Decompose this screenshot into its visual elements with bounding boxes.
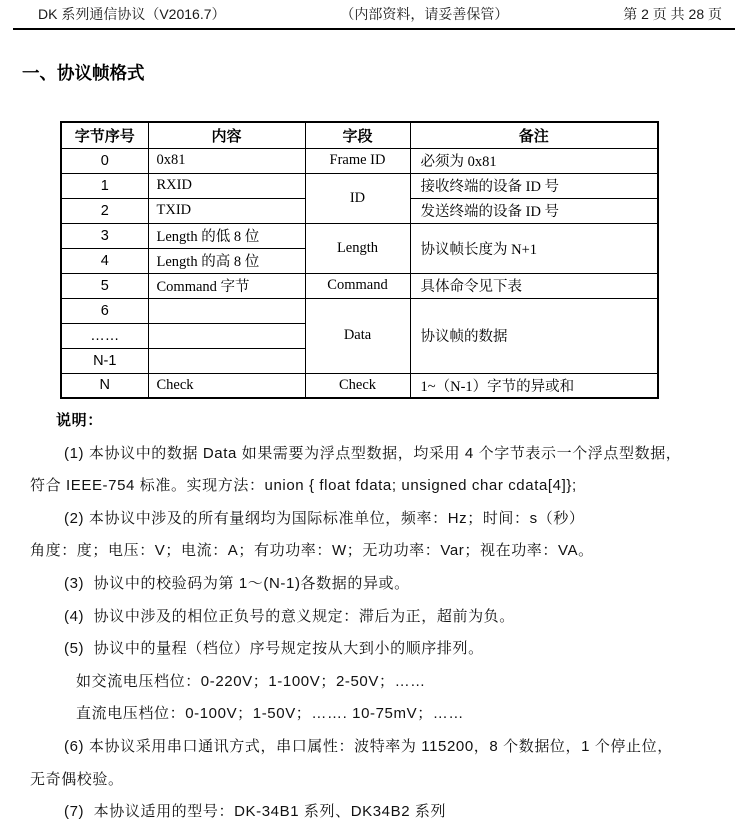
page-header: DK 系列通信协议（V2016.7） （内部资料，请妥善保管） 第 2 页 共 …	[0, 0, 748, 28]
note-line-4: (4) 协议中涉及的相位正负号的意义规定：滞后为正，超前为负。	[30, 601, 720, 634]
content-cell: Command 字节	[148, 273, 305, 298]
remark-cell: 协议帧长度为 N+1	[410, 223, 658, 273]
byte-cell: 1	[61, 173, 148, 198]
table-row: 1 RXID ID 接收终端的设备 ID 号	[61, 173, 658, 198]
table-row: 5 Command 字节 Command 具体命令见下表	[61, 273, 658, 298]
note-line-1a: (1) 本协议中的数据 Data 如果需要为浮点型数据，均采用 4 个字节表示一…	[30, 438, 720, 471]
content-cell	[148, 348, 305, 373]
byte-cell: 6	[61, 298, 148, 323]
field-cell: Check	[305, 373, 410, 398]
remark-cell: 接收终端的设备 ID 号	[410, 173, 658, 198]
field-cell: Data	[305, 298, 410, 373]
remark-cell: 必须为 0x81	[410, 148, 658, 173]
table-row: 3 Length 的低 8 位 Length 协议帧长度为 N+1	[61, 223, 658, 248]
byte-cell: 0	[61, 148, 148, 173]
byte-cell: N-1	[61, 348, 148, 373]
notes-title: 说明：	[30, 405, 720, 438]
remark-cell: 具体命令见下表	[410, 273, 658, 298]
byte-cell: N	[61, 373, 148, 398]
section-title: 一、协议帧格式	[22, 60, 748, 85]
note-line-5-ac-range: 如交流电压档位：0-220V；1-100V；2-50V；……	[30, 666, 720, 699]
table-row: 6 Data 协议帧的数据	[61, 298, 658, 323]
header-confidential-notice: （内部资料，请妥善保管）	[340, 4, 508, 24]
content-cell: 0x81	[148, 148, 305, 173]
col-header-field: 字段	[305, 122, 410, 148]
field-cell: ID	[305, 173, 410, 223]
note-line-6a: (6) 本协议采用串口通讯方式，串口属性：波特率为 115200，8 个数据位，…	[30, 731, 720, 764]
content-cell	[148, 323, 305, 348]
col-header-byte-index: 字节序号	[61, 122, 148, 148]
note-line-7: (7) 本协议适用的型号：DK-34B1 系列、DK34B2 系列	[30, 796, 720, 826]
note-line-2b: 角度：度；电压：V；电流：A；有功功率：W；无功功率：Var；视在功率：VA。	[30, 535, 720, 568]
notes-section: 说明： (1) 本协议中的数据 Data 如果需要为浮点型数据，均采用 4 个字…	[30, 405, 720, 826]
header-page-number: 第 2 页 共 28 页	[623, 4, 722, 24]
field-cell: Frame ID	[305, 148, 410, 173]
header-doc-title: DK 系列通信协议（V2016.7）	[38, 4, 226, 24]
content-cell: Check	[148, 373, 305, 398]
byte-cell: 5	[61, 273, 148, 298]
remark-cell: 协议帧的数据	[410, 298, 658, 373]
col-header-content: 内容	[148, 122, 305, 148]
table-row: 0 0x81 Frame ID 必须为 0x81	[61, 148, 658, 173]
protocol-frame-table: 字节序号 内容 字段 备注 0 0x81 Frame ID 必须为 0x81 1…	[60, 121, 659, 399]
content-cell: TXID	[148, 198, 305, 223]
byte-cell: 4	[61, 248, 148, 273]
col-header-remark: 备注	[410, 122, 658, 148]
remark-cell: 1~（N-1）字节的异或和	[410, 373, 658, 398]
content-cell: Length 的高 8 位	[148, 248, 305, 273]
byte-cell: ……	[61, 323, 148, 348]
note-line-5-dc-range: 直流电压档位：0-100V；1-50V；……. 10-75mV；……	[30, 698, 720, 731]
note-line-2a: (2) 本协议中涉及的所有量纲均为国际标准单位，频率：Hz；时间：s（秒）	[30, 503, 720, 536]
field-cell: Length	[305, 223, 410, 273]
table-row: N Check Check 1~（N-1）字节的异或和	[61, 373, 658, 398]
note-line-6b: 无奇偶校验。	[30, 764, 720, 797]
note-line-1b: 符合 IEEE-754 标准。实现方法：union { float fdata;…	[30, 470, 720, 503]
table-header-row: 字节序号 内容 字段 备注	[61, 122, 658, 148]
remark-cell: 发送终端的设备 ID 号	[410, 198, 658, 223]
content-cell	[148, 298, 305, 323]
header-rule	[13, 28, 735, 30]
content-cell: Length 的低 8 位	[148, 223, 305, 248]
byte-cell: 3	[61, 223, 148, 248]
field-cell: Command	[305, 273, 410, 298]
content-cell: RXID	[148, 173, 305, 198]
note-line-3: (3) 协议中的校验码为第 1～(N-1)各数据的异或。	[30, 568, 720, 601]
byte-cell: 2	[61, 198, 148, 223]
note-line-5: (5) 协议中的量程（档位）序号规定按从大到小的顺序排列。	[30, 633, 720, 666]
